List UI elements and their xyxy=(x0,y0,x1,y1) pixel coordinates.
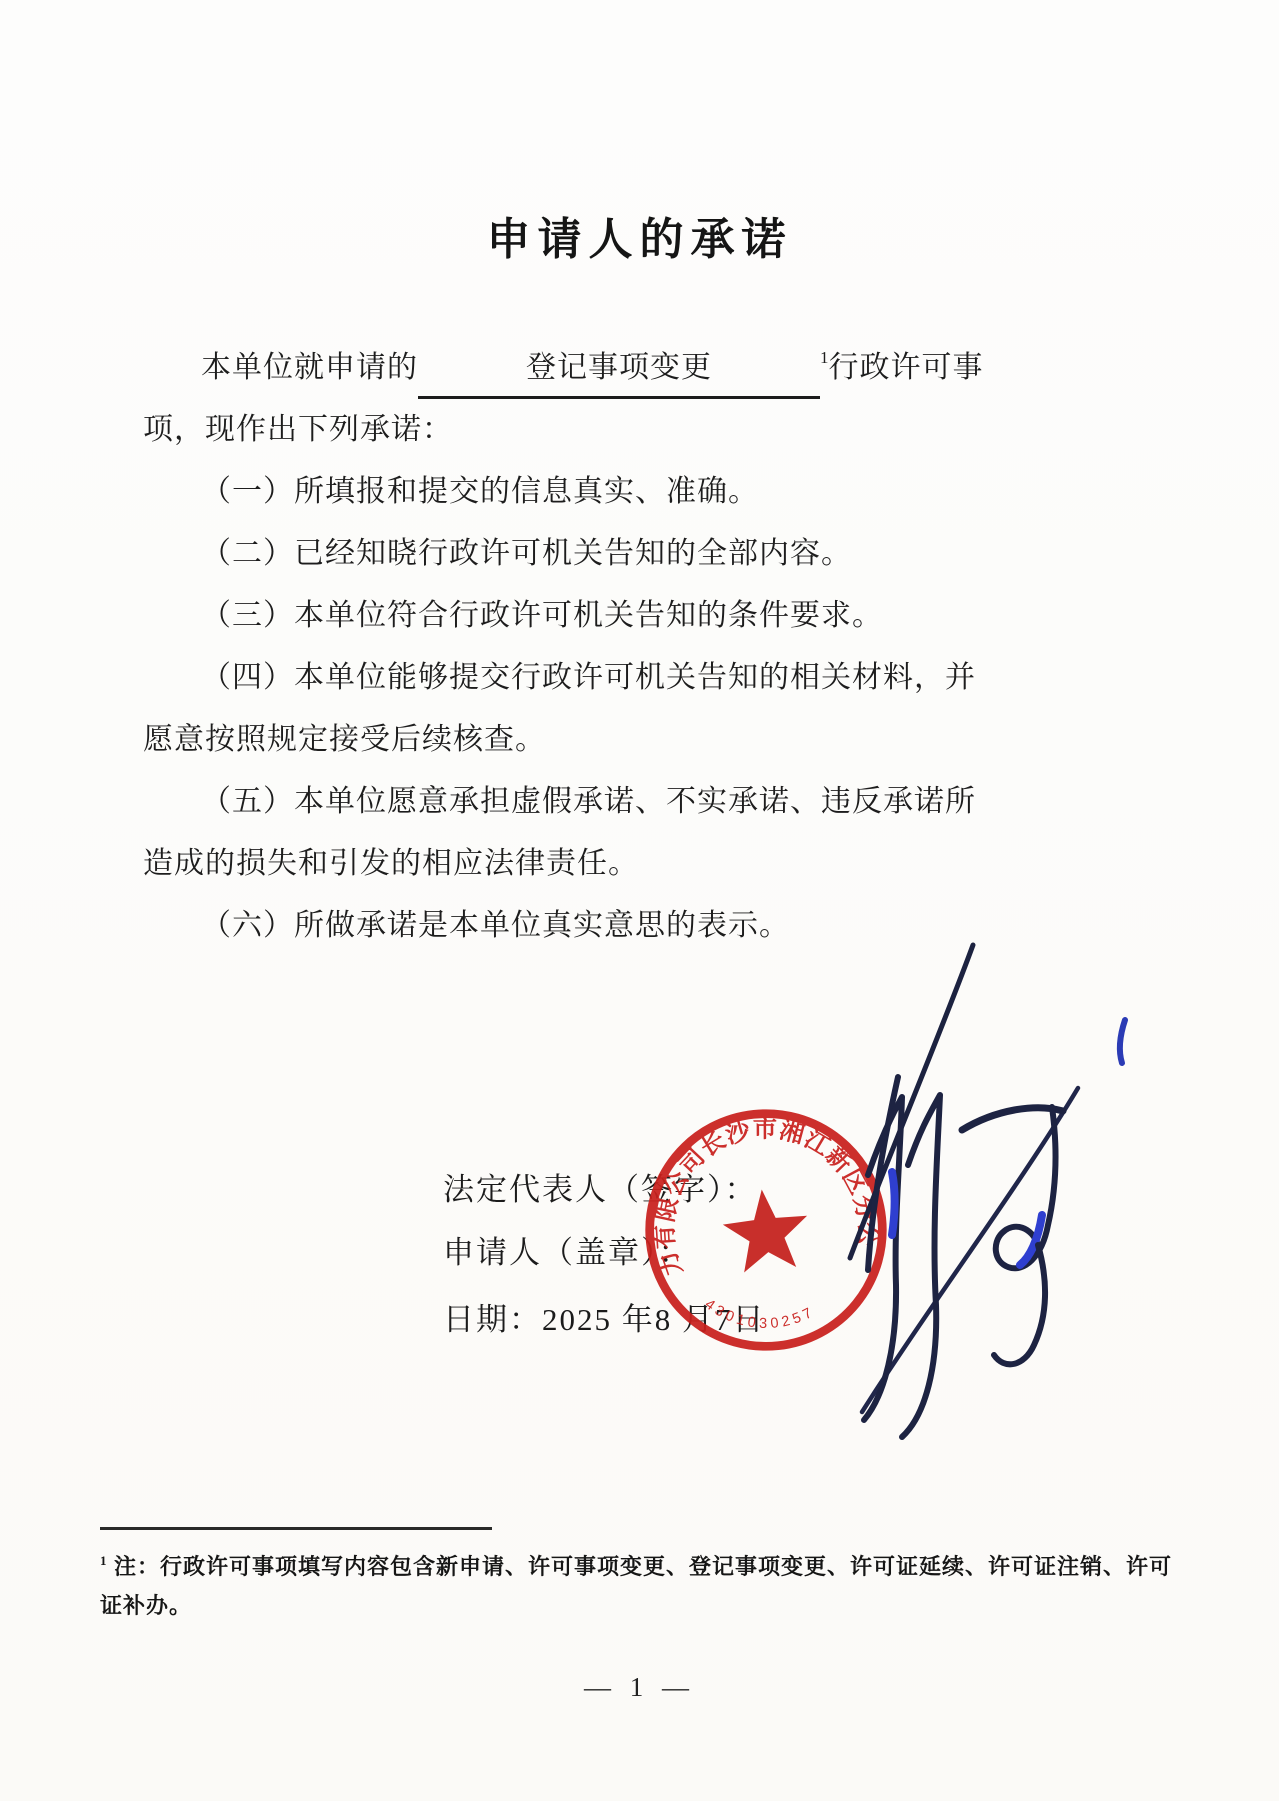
body-line-commitment-2: （二）已经知晓行政许可机关告知的全部内容。 xyxy=(143,523,988,585)
signature-flourish-stroke xyxy=(850,945,973,1258)
footnote: 1 注：行政许可事项填写内容包含新申请、许可事项变更、登记事项变更、许可证延续、… xyxy=(100,1541,1188,1625)
page-number: — 1 — xyxy=(0,1672,1279,1703)
page-title: 申请人的承诺 xyxy=(0,203,1279,267)
opening-paragraph-line: 本单位就申请的登记事项变更1行政许可事 xyxy=(143,337,988,399)
body-line-commitment-4: （四）本单位能够提交行政许可机关告知的相关材料，并 xyxy=(143,647,988,709)
body-line-commitment-5: （五）本单位愿意承担虚假承诺、不实承诺、违反承诺所 xyxy=(143,771,988,833)
handwritten-signature xyxy=(780,925,1140,1545)
opening-pre-text: 本单位就申请的 xyxy=(201,351,418,384)
body-line: 项，现作出下列承诺： xyxy=(143,399,988,461)
footnote-reference-mark: 1 xyxy=(820,348,829,367)
footnote-separator-rule xyxy=(100,1527,492,1530)
scanned-document-page: 申请人的承诺 本单位就申请的登记事项变更1行政许可事 项，现作出下列承诺： （一… xyxy=(0,0,1279,1801)
body-line-commitment-1: （一）所填报和提交的信息真实、准确。 xyxy=(143,461,988,523)
body-line-commitment-5-cont: 造成的损失和引发的相应法律责任。 xyxy=(143,833,988,895)
footnote-marker: 1 xyxy=(100,1553,108,1568)
body-line-commitment-3: （三）本单位符合行政许可机关告知的条件要求。 xyxy=(143,585,988,647)
date-label: 日期： xyxy=(443,1302,542,1337)
body-line-commitment-4-cont: 愿意按照规定接受后续核查。 xyxy=(143,709,988,771)
footnote-text: 注：行政许可事项填写内容包含新申请、许可事项变更、登记事项变更、许可证延续、许可… xyxy=(100,1554,1172,1618)
opening-post-text: 行政许可事 xyxy=(829,351,984,384)
blank-filled-value: 登记事项变更 xyxy=(418,340,820,399)
document-body: 本单位就申请的登记事项变更1行政许可事 项，现作出下列承诺： （一）所填报和提交… xyxy=(143,337,988,957)
